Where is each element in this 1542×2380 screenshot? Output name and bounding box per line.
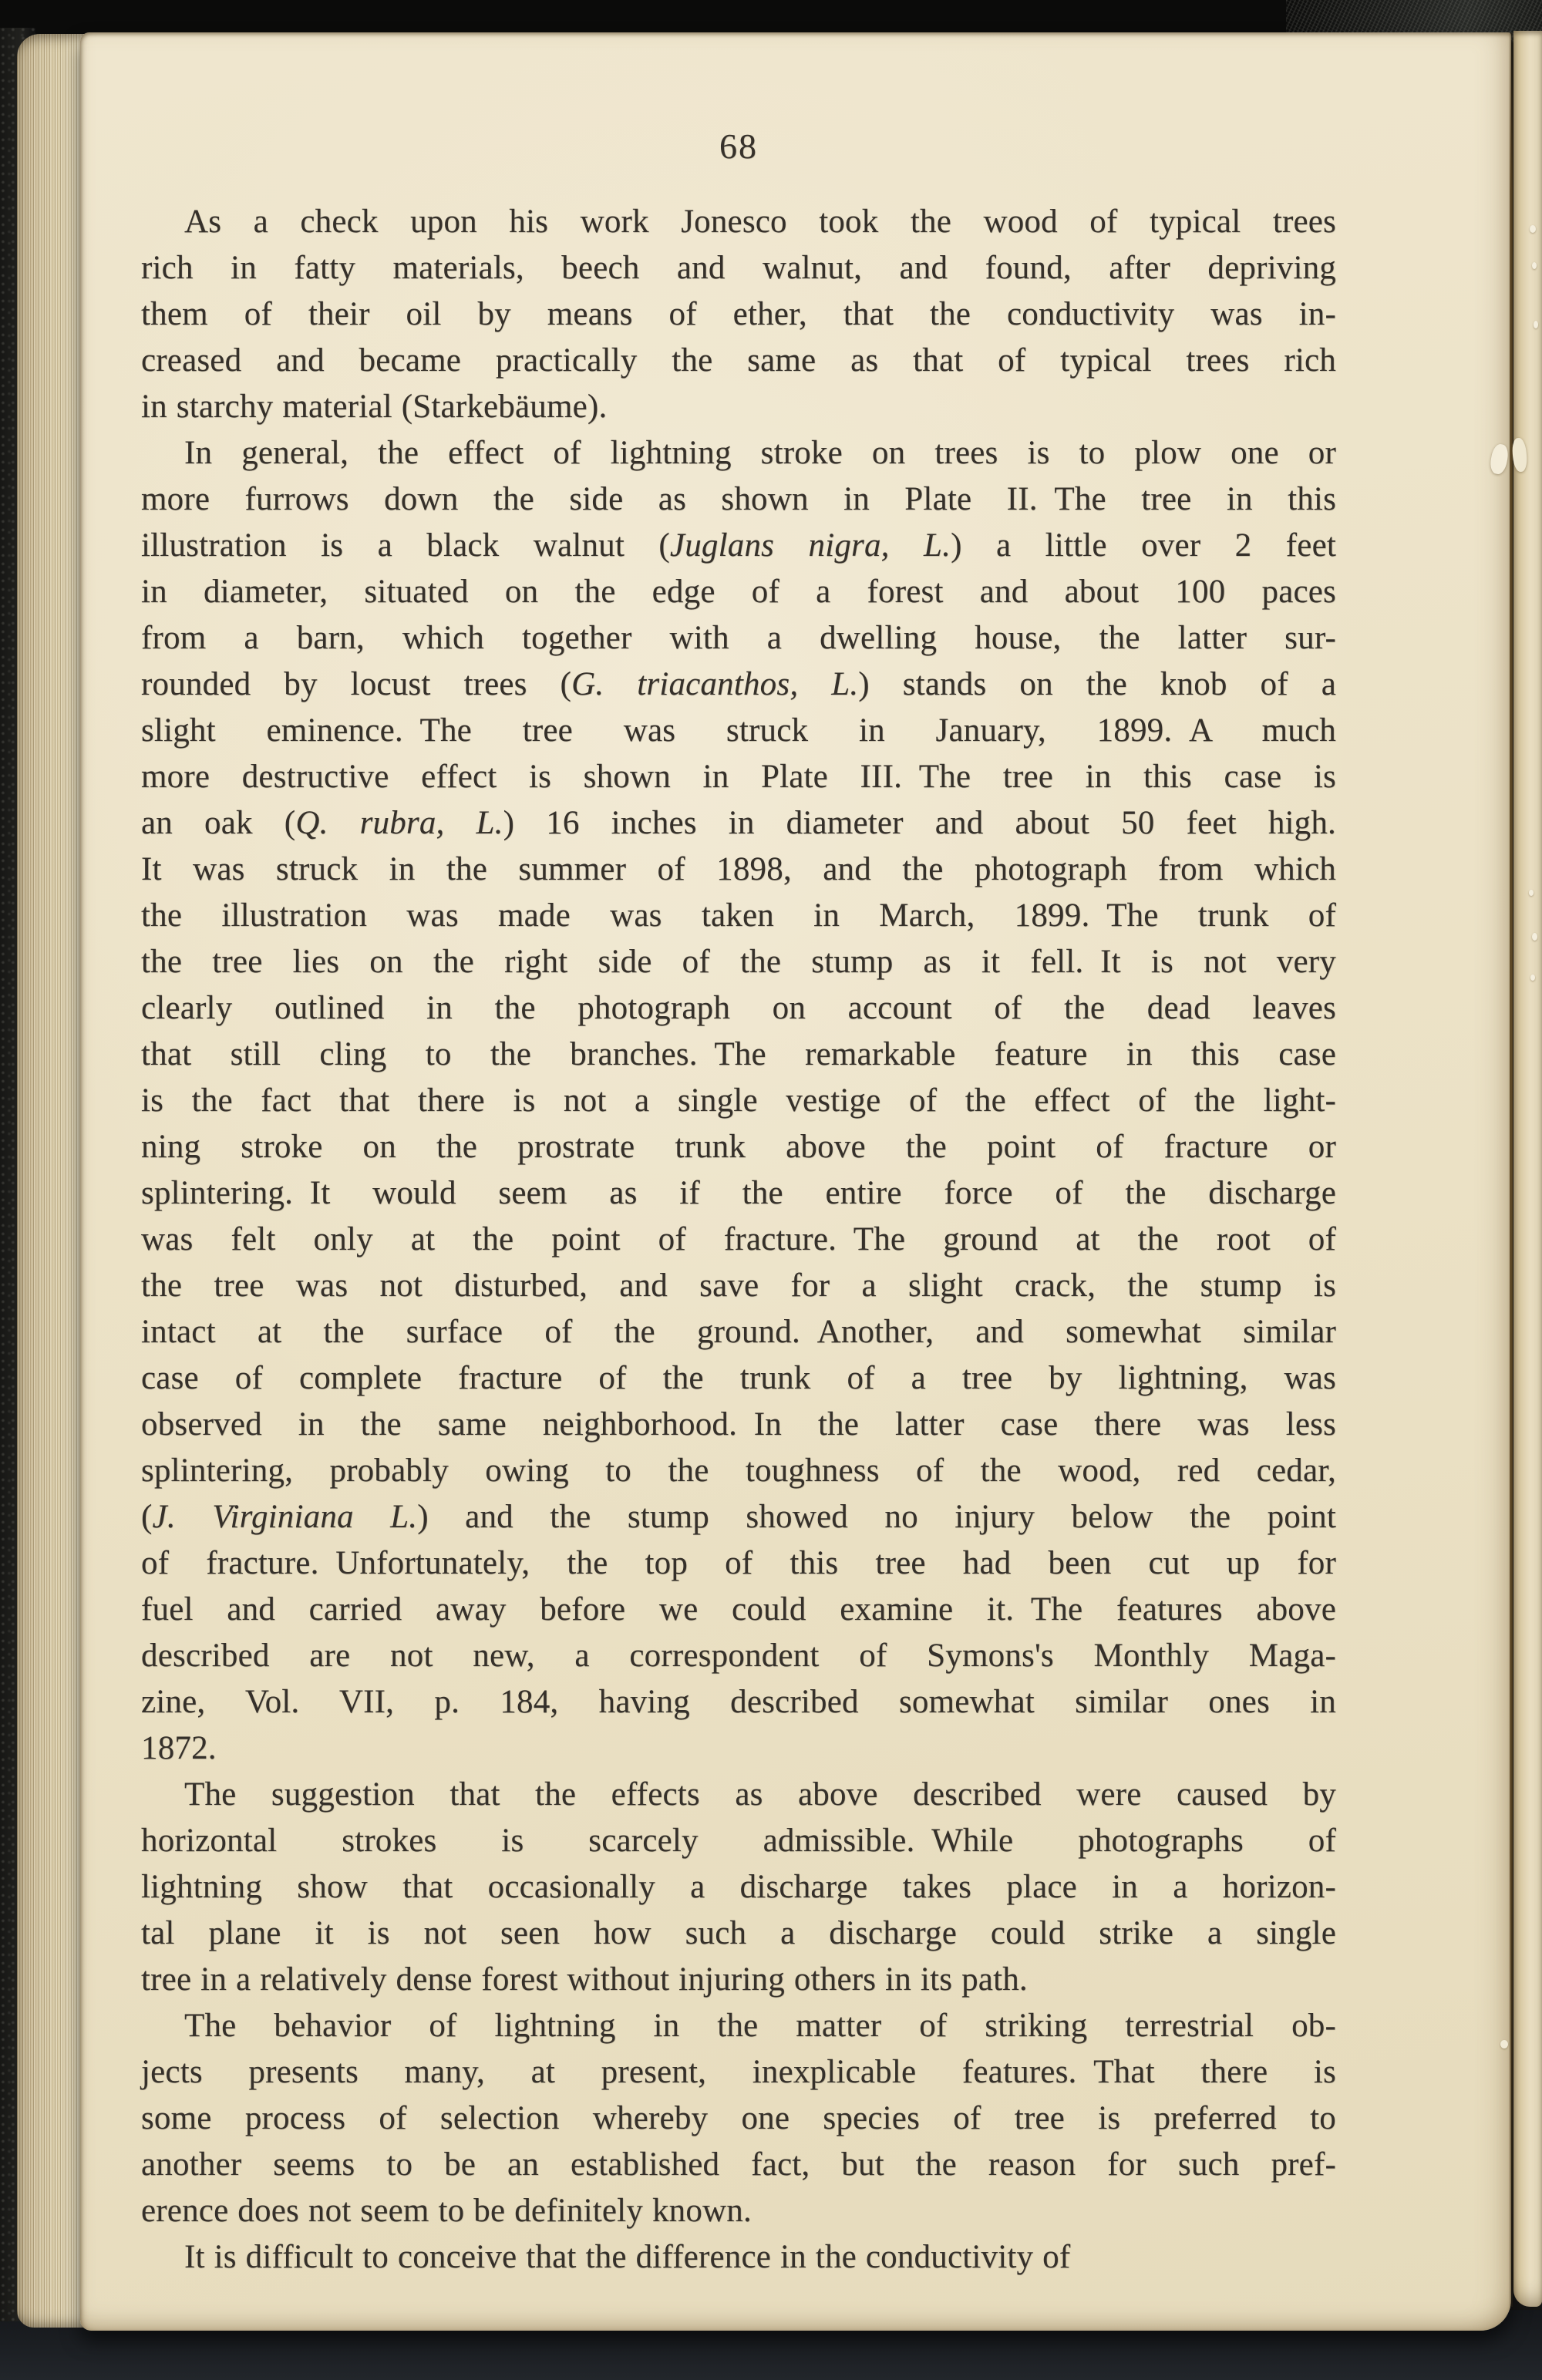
text-segment: some process of selection whereby one sp… (141, 2100, 1336, 2136)
text-line: lightning show that occasionally a disch… (141, 1864, 1336, 1910)
text-line: tree in a relatively dense forest withou… (141, 1957, 1336, 2003)
text-segment: It is difficult to conceive that the dif… (184, 2239, 1070, 2275)
text-segment: another seems to be an established fact,… (141, 2146, 1336, 2183)
text-segment: ) stands on the knob of a (858, 666, 1336, 702)
text-segment: the tree lies on the right side of the s… (141, 944, 1336, 980)
text-segment: the tree was not disturbed, and save for… (141, 1267, 1336, 1304)
text-segment: The behavior of lightning in the matter … (184, 2008, 1336, 2044)
page-stack-edges (17, 34, 86, 2328)
text-segment: was felt only at the point of fracture. … (141, 1221, 1336, 1257)
text-segment: ( (141, 1499, 153, 1535)
text-line: slight eminence. The tree was struck in … (141, 708, 1336, 754)
species-name-italic: Juglans nigra, L. (670, 527, 951, 564)
text-segment: 1872. (141, 1730, 217, 1766)
book-page: 68 As a check upon his work Jonesco took… (80, 32, 1511, 2331)
text-line: fuel and carried away before we could ex… (141, 1587, 1336, 1633)
text-column: As a check upon his work Jonesco took th… (141, 199, 1336, 2281)
text-line: rounded by locust trees (G. triacanthos,… (141, 661, 1336, 708)
text-segment: slight eminence. The tree was struck in … (141, 712, 1336, 749)
text-line: was felt only at the point of fracture. … (141, 1217, 1336, 1263)
text-line: the illustration was made was taken in M… (141, 893, 1336, 939)
text-segment: clearly outlined in the photograph on ac… (141, 990, 1336, 1026)
gutter-crease-line (1510, 32, 1513, 2307)
text-line: The suggestion that the effects as above… (141, 1772, 1336, 1818)
text-segment: ) and the stump showed no injury below t… (417, 1499, 1336, 1535)
text-segment: zine, Vol. VII, p. 184, having described… (141, 1684, 1336, 1720)
text-segment: rich in fatty materials, beech and walnu… (141, 250, 1336, 286)
text-segment: fuel and carried away before we could ex… (141, 1591, 1336, 1628)
text-segment: is the fact that there is not a single v… (141, 1082, 1336, 1119)
text-line: is the fact that there is not a single v… (141, 1078, 1336, 1124)
text-line: some process of selection whereby one sp… (141, 2096, 1336, 2142)
paper-speck (1534, 321, 1538, 328)
text-line: rich in fatty materials, beech and walnu… (141, 245, 1336, 291)
text-line: more destructive effect is shown in Plat… (141, 754, 1336, 800)
text-line: tal plane it is not seen how such a disc… (141, 1910, 1336, 1957)
text-line: case of complete fracture of the trunk o… (141, 1355, 1336, 1402)
text-line: described are not new, a correspondent o… (141, 1633, 1336, 1679)
text-line: jects presents many, at present, inexpli… (141, 2049, 1336, 2096)
text-line: As a check upon his work Jonesco took th… (141, 199, 1336, 245)
text-line: from a barn, which together with a dwell… (141, 615, 1336, 661)
text-line: illustration is a black walnut (Juglans … (141, 523, 1336, 569)
paper-speck (1532, 262, 1537, 269)
text-segment: splintering. It would seem as if the ent… (141, 1175, 1336, 1211)
text-segment: splintering, probably owing to the tough… (141, 1453, 1336, 1489)
text-segment: illustration is a black walnut ( (141, 527, 670, 564)
species-name-italic: Q. rubra, L. (295, 805, 503, 841)
text-segment: lightning show that occasionally a disch… (141, 1869, 1336, 1905)
text-line: the tree was not disturbed, and save for… (141, 1263, 1336, 1309)
paper-speck (1500, 2040, 1508, 2048)
text-line: creased and became practically the same … (141, 338, 1336, 384)
text-line: in starchy material (Starkebäume). (141, 384, 1336, 430)
text-segment: ) a little over 2 feet (951, 527, 1336, 564)
text-segment: tree in a relatively dense forest withou… (141, 1961, 1028, 1998)
text-segment: observed in the same neighborhood. In th… (141, 1406, 1336, 1442)
text-segment: rounded by locust trees ( (141, 666, 571, 702)
text-line: that still cling to the branches. The re… (141, 1032, 1336, 1078)
text-line: horizontal strokes is scarcely admissibl… (141, 1818, 1336, 1864)
text-segment: creased and became practically the same … (141, 342, 1336, 379)
text-segment: horizontal strokes is scarcely admissibl… (141, 1823, 1336, 1859)
page-number: 68 (141, 123, 1336, 170)
text-line: of fracture. Unfortunately, the top of t… (141, 1540, 1336, 1587)
text-line: intact at the surface of the ground. Ano… (141, 1309, 1336, 1355)
text-line: an oak (Q. rubra, L.) 16 inches in diame… (141, 800, 1336, 847)
paper-speck (1530, 975, 1535, 981)
text-line: It is difficult to conceive that the dif… (141, 2234, 1336, 2281)
text-line: zine, Vol. VII, p. 184, having described… (141, 1679, 1336, 1725)
text-segment: As a check upon his work Jonesco took th… (184, 204, 1336, 240)
text-line: them of their oil by means of ether, tha… (141, 291, 1336, 338)
text-line: (J. Virginiana L.) and the stump showed … (141, 1494, 1336, 1540)
text-segment: tal plane it is not seen how such a disc… (141, 1915, 1336, 1951)
text-segment: more furrows down the side as shown in P… (141, 481, 1336, 517)
text-line: In general, the effect of lightning stro… (141, 430, 1336, 476)
text-segment: more destructive effect is shown in Plat… (141, 759, 1336, 795)
text-segment: jects presents many, at present, inexpli… (141, 2054, 1336, 2090)
text-segment: them of their oil by means of ether, tha… (141, 296, 1336, 332)
adjacent-page-gutter (1513, 31, 1542, 2307)
text-line: another seems to be an established fact,… (141, 2142, 1336, 2188)
text-segment: intact at the surface of the ground. Ano… (141, 1314, 1336, 1350)
text-segment: erence does not seem to be definitely kn… (141, 2193, 752, 2229)
text-line: the tree lies on the right side of the s… (141, 939, 1336, 985)
text-segment: described are not new, a correspondent o… (141, 1638, 1336, 1674)
species-name-italic: G. triacanthos, L. (571, 666, 858, 702)
text-segment: of fracture. Unfortunately, the top of t… (141, 1545, 1336, 1581)
text-segment: in starchy material (Starkebäume). (141, 389, 607, 425)
text-line: clearly outlined in the photograph on ac… (141, 985, 1336, 1032)
text-line: 1872. (141, 1725, 1336, 1772)
text-segment: It was struck in the summer of 1898, and… (141, 851, 1336, 887)
text-segment: the illustration was made was taken in M… (141, 897, 1336, 934)
paper-speck (1532, 933, 1537, 941)
text-line: observed in the same neighborhood. In th… (141, 1402, 1336, 1448)
text-segment: In general, the effect of lightning stro… (184, 435, 1336, 471)
text-segment: ning stroke on the prostrate trunk above… (141, 1129, 1336, 1165)
text-segment: an oak ( (141, 805, 295, 841)
paper-speck (1530, 225, 1536, 233)
text-segment: The suggestion that the effects as above… (184, 1776, 1336, 1813)
text-segment: in diameter, situated on the edge of a f… (141, 574, 1336, 610)
book-scan: 68 As a check upon his work Jonesco took… (0, 0, 1542, 2380)
text-segment: from a barn, which together with a dwell… (141, 620, 1336, 656)
species-name-italic: J. Virginiana L. (153, 1499, 418, 1535)
text-line: in diameter, situated on the edge of a f… (141, 569, 1336, 615)
text-segment: case of complete fracture of the trunk o… (141, 1360, 1336, 1396)
text-line: splintering, probably owing to the tough… (141, 1448, 1336, 1494)
text-segment: that still cling to the branches. The re… (141, 1036, 1336, 1072)
text-line: It was struck in the summer of 1898, and… (141, 847, 1336, 893)
text-line: The behavior of lightning in the matter … (141, 2003, 1336, 2049)
text-line: erence does not seem to be definitely kn… (141, 2188, 1336, 2234)
text-segment: ) 16 inches in diameter and about 50 fee… (503, 805, 1336, 841)
paper-speck (1529, 890, 1534, 896)
text-line: splintering. It would seem as if the ent… (141, 1170, 1336, 1217)
text-line: ning stroke on the prostrate trunk above… (141, 1124, 1336, 1170)
text-line: more furrows down the side as shown in P… (141, 476, 1336, 523)
